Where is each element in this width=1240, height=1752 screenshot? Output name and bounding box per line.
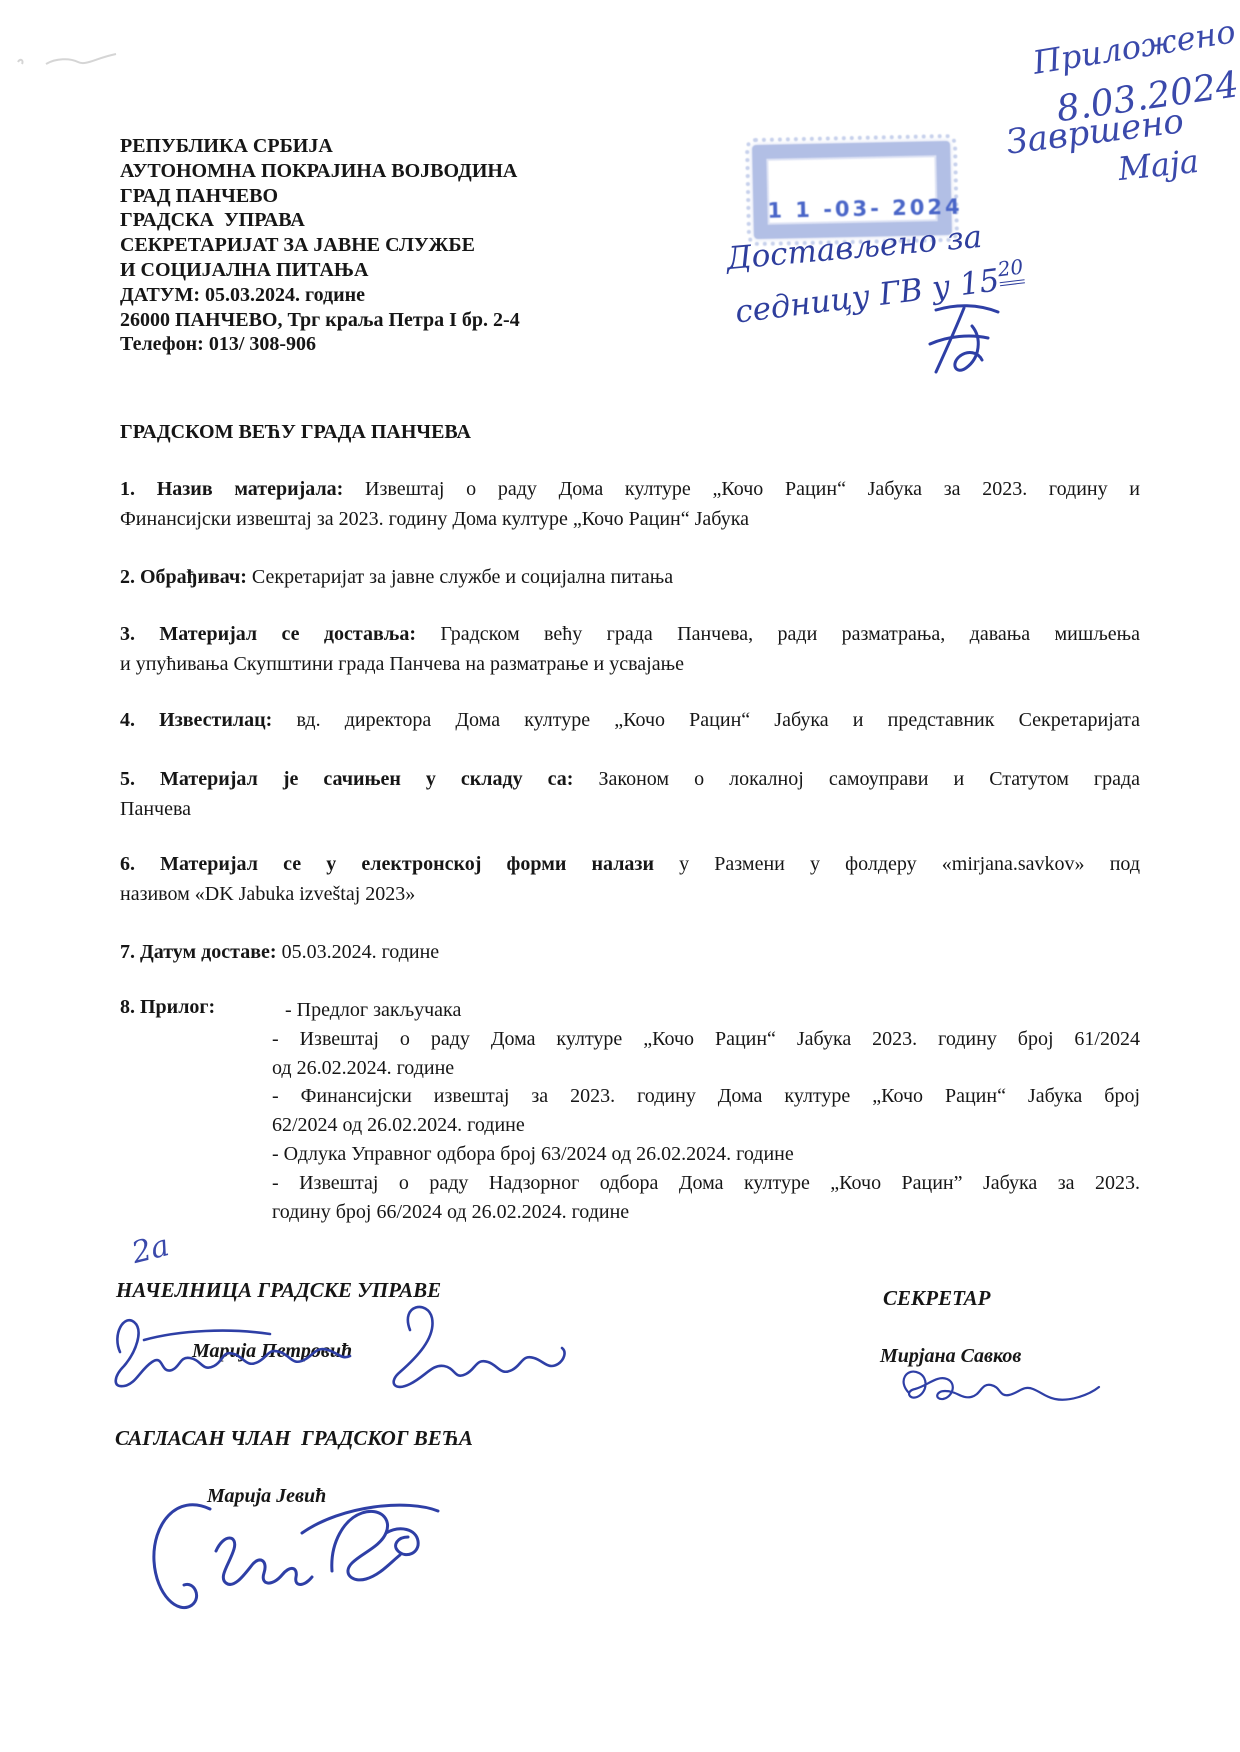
section-4-izvestilac: 4. Известилац: вд. директора Дома култур… [120,705,1140,735]
letterhead-line: ГРАДСКА УПРАВА [120,208,520,233]
attachment-item: - Извештај о раду Надзорног одбора Дома … [272,1169,1140,1198]
section-6-text-line2: називом «DK Jabuka izveštaj 2023» [120,879,1140,909]
title-secretary: СЕКРЕТАР [883,1286,990,1311]
section-2-text: Секретаријат за јавне службе и социјална… [247,566,673,588]
attachment-item-continuation: 62/2024 од 26.02.2024. године [272,1111,1140,1140]
section-3-text: Градском већу града Панчева, ради размат… [416,623,1140,645]
section-7-datum-dostave: 7. Датум доставе: 05.03.2024. године [120,937,1140,967]
section-3-label: 3. Материјал се доставља: [120,623,416,645]
section-4-label: 4. Известилац: [120,709,272,731]
letterhead-line: АУТОНОМНА ПОКРАЈИНА ВОЈВОДИНА [120,159,520,184]
attachment-item: - Финансијски извештај за 2023. годину Д… [272,1082,1140,1111]
attachment-item: - Извештај о раду Дома културе „Кочо Рац… [272,1025,1140,1054]
title-agreeing-council-member: САГЛАСАН ЧЛАН ГРАДСКОГ ВЕЋА [115,1426,473,1451]
initials-signature [912,300,1012,380]
attachment-item-continuation: годину број 66/2024 од 26.02.2024. годин… [272,1198,1140,1227]
attachment-list: - Предлог закључака - Извештај о раду До… [272,996,1140,1226]
section-1-naziv-materijala: 1. Назив материјала: Извештај о раду Дом… [120,474,1140,534]
addressee-line: ГРАДСКОМ ВЕЋУ ГРАДА ПАНЧЕВА [120,421,471,444]
handwritten-time-superscript: 20 [996,254,1025,286]
scanned-document-page: Приложено 8.03.2024. Завршено Маја 1 1 -… [0,0,1240,1752]
section-5-sacinjen-u-skladu: 5. Материјал је сачињен у складу са: Зак… [120,764,1140,824]
section-1-text-line2: Финансијски извештај за 2023. годину Дом… [120,504,1140,534]
letterhead-line: ДАТУМ: 05.03.2024. године [120,283,520,308]
letterhead-line: ГРАД ПАНЧЕВО [120,184,520,209]
section-7-text: 05.03.2024. године [277,941,440,963]
letterhead: РЕПУБЛИКА СРБИЈА АУТОНОМНА ПОКРАЈИНА ВОЈ… [120,134,520,357]
section-2-obradjivac: 2. Обрађивач: Секретаријат за јавне служ… [120,562,1140,592]
section-2-label: 2. Обрађивач: [120,566,247,588]
section-4-text: вд. директора Дома културе „Кочо Рацин“ … [272,709,1140,731]
section-6-elektronska-forma: 6. Материјал се у електронској форми нал… [120,849,1140,909]
letterhead-line: СЕКРЕТАРИЈАТ ЗА ЈАВНЕ СЛУЖБЕ [120,233,520,258]
section-1-text: Извештај о раду Дома културе „Кочо Рацин… [343,478,1140,500]
attachment-item: - Предлог закључака [272,996,1140,1025]
section-1-label: 1. Назив материјала: [120,478,343,500]
letterhead-line: И СОЦИЈАЛНА ПИТАЊА [120,258,520,283]
attachment-item-continuation: од 26.02.2024. године [272,1054,1140,1083]
signature-marija-petrovic [110,1300,570,1410]
section-3-materijal-se-dostavlja: 3. Материјал се доставља: Градском већу … [120,619,1140,679]
section-7-label: 7. Датум доставе: [120,941,277,963]
handwritten-note-name: Маја [1116,142,1200,188]
section-5-text: Законом о локалној самоуправи и Статутом… [573,768,1140,790]
section-6-text: у Размени у фолдеру «mirjana.savkov» под [654,853,1140,875]
attachment-item: - Одлука Управног одбора број 63/2024 од… [272,1140,1140,1169]
section-6-label: 6. Материјал се у електронској форми нал… [120,853,654,875]
date-stamp-text: 1 1 -03- 2024 [767,195,937,223]
letterhead-line: РЕПУБЛИКА СРБИЈА [120,134,520,159]
signature-mirjana-savkov [893,1363,1103,1413]
section-3-text-line2: и упућивања Скупштини града Панчева на р… [120,649,1140,679]
letterhead-line: 26000 ПАНЧЕВО, Трг краља Петра I бр. 2-4 [120,308,520,333]
section-5-label: 5. Материјал је сачињен у складу са: [120,768,573,790]
section-8-label: 8. Прилог: [120,996,215,1019]
handwritten-margin-mark: 2а [128,1228,172,1271]
letterhead-line: Телефон: 013/ 308-906 [120,332,520,357]
signature-marija-jevic [146,1487,446,1627]
section-5-text-line2: Панчева [120,794,1140,824]
scan-smudge [12,46,122,76]
